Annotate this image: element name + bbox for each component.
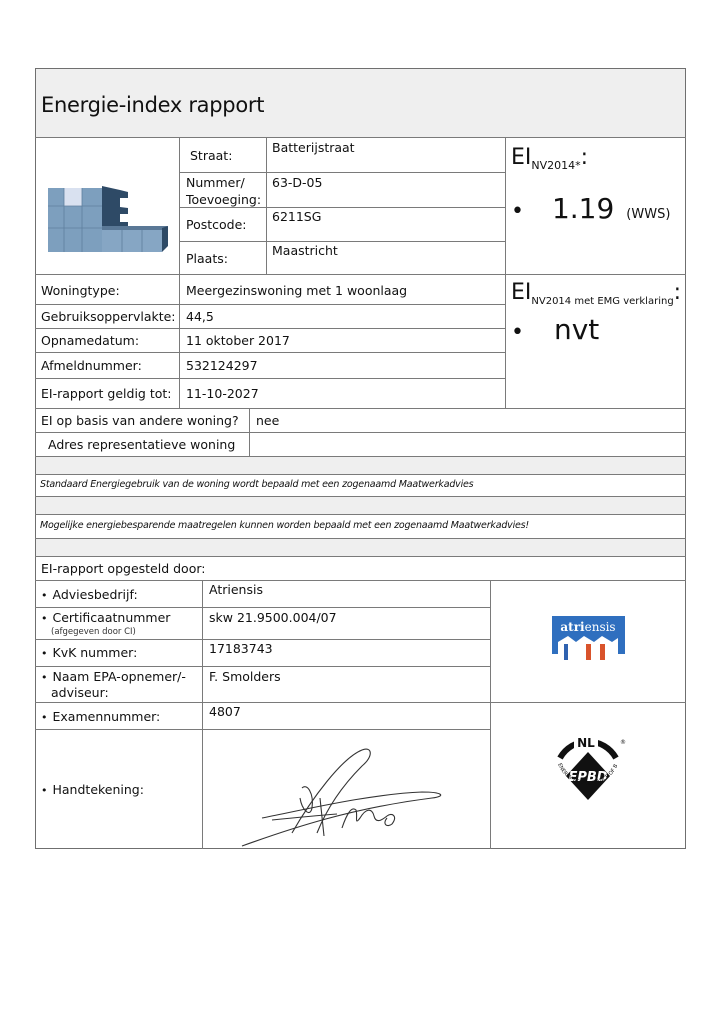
note-measures: Mogelijke energiebesparende maatregelen … (40, 520, 529, 532)
advisor-label-1: Naam EPA-opnemer/- (41, 669, 186, 686)
ei-primary-unit: (WWS) (626, 207, 670, 222)
atriensis-logo: atriensis (552, 616, 625, 660)
number-label-2: Toevoeging: (186, 192, 261, 208)
signature-label: Handtekening: (41, 782, 144, 799)
bullet-icon: • (511, 199, 524, 224)
ei-emg-value: nvt (554, 313, 599, 346)
signature-image (232, 738, 452, 848)
svg-text:®: ® (620, 739, 626, 746)
rep-dwelling-label: Adres representatieve woning (48, 437, 235, 453)
svg-text:atriensis: atriensis (560, 620, 615, 634)
details-label-2: Opnamedatum: (41, 333, 139, 349)
epbd-logo: NL ® EPBD ENERGY PERFORMANCE OF BUILDING… (548, 734, 628, 814)
details-label-0: Woningtype: (41, 283, 120, 299)
exam-value: 4807 (209, 704, 241, 720)
bullet-icon: • (511, 320, 524, 345)
details-value-1: 44,5 (186, 309, 214, 325)
certificate-sublabel: (afgegeven door CI) (51, 627, 136, 637)
details-value-4: 11-10-2027 (186, 386, 259, 402)
svg-text:NL: NL (577, 736, 595, 750)
advisor-label-2: adviseur: (51, 685, 109, 701)
company-label: Adviesbedrijf: (41, 587, 138, 604)
street-value: Batterijstraat (272, 140, 355, 156)
ei-primary-value-row: • 1.19 (WWS) (511, 193, 670, 225)
building-3d-icon (46, 180, 168, 252)
postcode-label: Postcode: (186, 217, 247, 233)
certificate-label: Certificaatnummer (41, 610, 170, 627)
other-dwelling-answer: nee (256, 413, 279, 429)
details-value-2: 11 oktober 2017 (186, 333, 290, 349)
city-label: Plaats: (186, 251, 228, 267)
number-label-1: Nummer/ (186, 175, 245, 191)
ei-primary-value: 1.19 (552, 192, 614, 225)
details-label-3: Afmeldnummer: (41, 358, 142, 374)
street-label: Straat: (190, 148, 232, 164)
company-value: Atriensis (209, 582, 263, 598)
ei-primary-label: EINV2014*: (511, 145, 588, 179)
details-label-4: EI-rapport geldig tot: (41, 386, 172, 402)
kvk-label: KvK nummer: (41, 645, 137, 662)
details-label-1: Gebruiksoppervlakte: (41, 309, 176, 325)
city-value: Maastricht (272, 243, 338, 259)
number-value: 63-D-05 (272, 175, 322, 191)
ei-emg-label: EINV2014 met EMG verklaring: (511, 280, 681, 315)
advisor-value: F. Smolders (209, 669, 281, 685)
kvk-value: 17183743 (209, 641, 273, 657)
page-title: Energie-index rapport (41, 92, 264, 118)
exam-label: Examennummer: (41, 709, 160, 726)
details-value-0: Meergezinswoning met 1 woonlaag (186, 283, 407, 299)
details-value-3: 532124297 (186, 358, 258, 374)
note-standard-energy: Standaard Energiegebruik van de woning w… (40, 479, 473, 491)
postcode-value: 6211SG (272, 209, 321, 225)
ei-emg-value-row: • nvt (511, 314, 599, 346)
prepared-by-heading: EI-rapport opgesteld door: (41, 561, 205, 577)
certificate-value: skw 21.9500.004/07 (209, 610, 337, 626)
other-dwelling-question: EI op basis van andere woning? (41, 413, 239, 429)
